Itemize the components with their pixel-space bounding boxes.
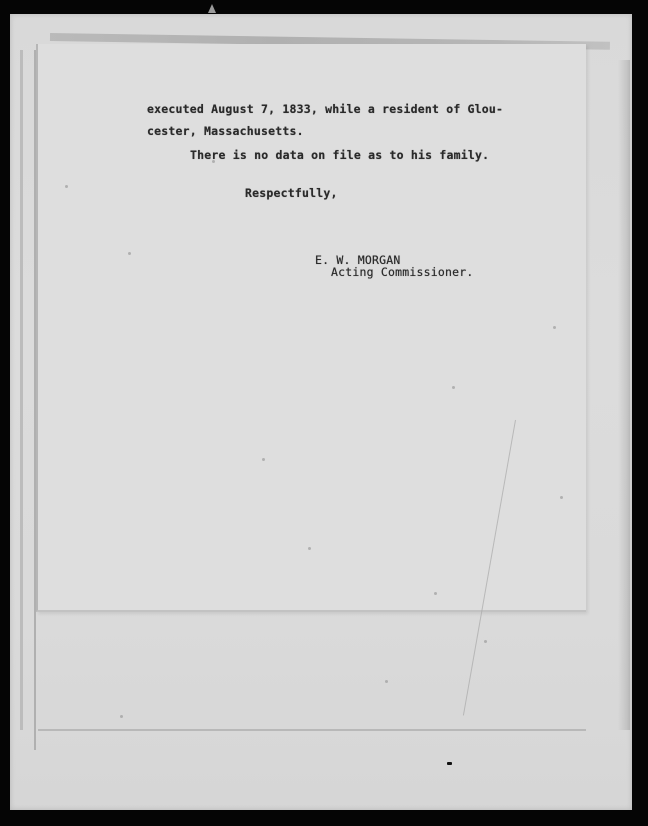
scan-speck [308,547,311,550]
film-tab-mark [208,4,216,13]
body-line-2: cester, Massachusetts. [147,124,304,138]
paper-edge-right-shadow [618,60,630,730]
scan-speck [484,640,487,643]
scan-speck [385,680,388,683]
scan-speck [560,496,563,499]
scan-speck [65,185,68,188]
ink-blot [447,762,452,765]
closing: Respectfully, [245,186,338,200]
scan-speck [553,326,556,329]
scan-speck [262,458,265,461]
signature-title: Acting Commissioner. [331,265,473,279]
paper-edge-left [20,50,23,730]
paper-edge-bottom [38,729,586,731]
body-line-1: executed August 7, 1833, while a residen… [147,102,503,116]
scan-speck [128,252,131,255]
scan-speck [452,386,455,389]
scan-speck [434,592,437,595]
scan-speck [120,715,123,718]
letter-page [36,44,586,612]
body-line-3: There is no data on file as to his famil… [190,148,489,162]
